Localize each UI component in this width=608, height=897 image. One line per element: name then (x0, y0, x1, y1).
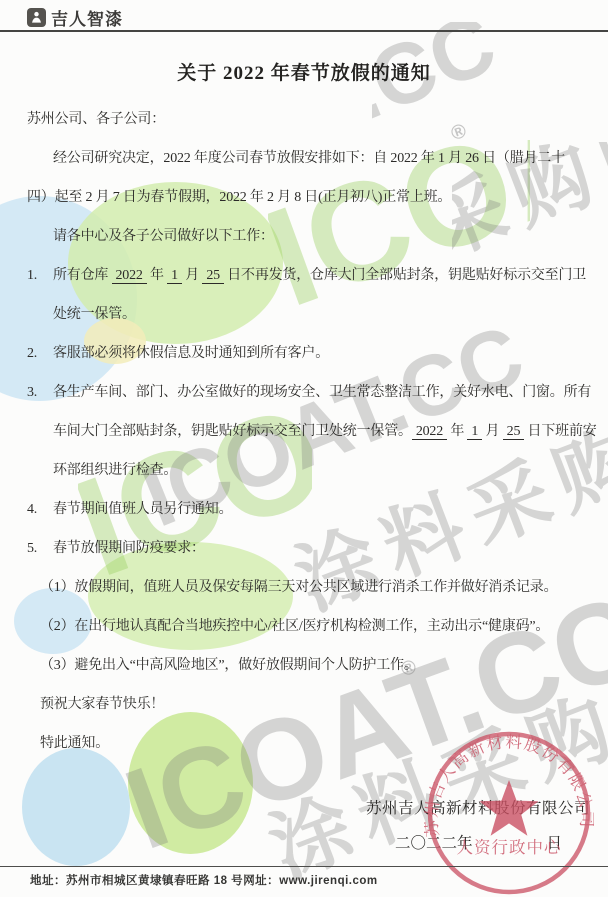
document-body: 苏州公司、各子公司：经公司研究决定，2022 年度公司春节放假安排如下：自 20… (27, 100, 588, 763)
doc-line: 处统一保管。 (27, 295, 588, 334)
watermark-circle-blue (22, 748, 130, 866)
logo-text: 吉人智漆 (51, 5, 123, 30)
doc-text-run: 车间大门全部贴封条，钥匙贴好标示交至门卫处统一保管。 (53, 424, 412, 439)
doc-text-run: 日下班前安 (524, 424, 596, 439)
seal-department: 人资行政中心 (457, 838, 562, 857)
brand-logo: 吉人智漆 (27, 5, 123, 30)
address-text: 苏州市相城区黄埭镇春旺路 18 号 (66, 875, 243, 887)
doc-line: 2.客服部必须将休假信息及时通知到所有客户。 (27, 334, 588, 373)
doc-line: 经公司研究决定，2022 年度公司春节放假安排如下：自 2022 年 1 月 2… (27, 139, 588, 178)
doc-text-run: 请各中心及各子公司做好以下工作： (53, 229, 274, 244)
doc-text-run: 客服部必须将休假信息及时通知到所有客户。 (53, 346, 329, 361)
doc-text-run: （3）避免出入“中高风险地区”，做好放假期间个人防护工作。 (40, 658, 418, 673)
doc-text-run: 苏州公司、各子公司： (27, 112, 165, 127)
website-text: www.jirenqi.com (279, 875, 377, 887)
doc-text-run: 年 (147, 268, 167, 283)
list-number: 5. (27, 529, 53, 568)
doc-line: （2）在出行地认真配合当地疾控中心/社区/医疗机构检测工作，主动出示“健康码”。 (27, 607, 588, 646)
doc-line: 1.所有仓库 2022 年 1 月 25 日不再发货，仓库大门全部贴封条，钥匙贴… (27, 256, 588, 295)
list-number: 3. (27, 373, 53, 412)
doc-line: 请各中心及各子公司做好以下工作： (27, 217, 588, 256)
doc-line: 车间大门全部贴封条，钥匙贴好标示交至门卫处统一保管。2022 年 1 月 25 … (27, 412, 588, 451)
doc-text-run: 春节期间值班人员另行通知。 (53, 502, 232, 517)
doc-text-run: 特此通知。 (40, 736, 109, 751)
doc-text-run: 月 (482, 424, 502, 439)
filled-blank-underline: 25 (503, 424, 525, 440)
doc-text-run: 处统一保管。 (53, 307, 136, 322)
doc-text-run: 预祝大家春节快乐！ (40, 697, 164, 712)
list-number: 1. (27, 256, 53, 295)
list-number: 2. (27, 334, 53, 373)
website-label: 网址： (243, 875, 279, 887)
doc-text-run: 月 (182, 268, 202, 283)
company-seal: 苏州吉人高新材料股份有限公司 人资行政中心 (424, 728, 594, 897)
address-label: 地址： (30, 875, 66, 887)
doc-line: （1）放假期间，值班人员及保安每隔三天对公共区域进行消杀工作并做好消杀记录。 (27, 568, 588, 607)
doc-line: 4.春节期间值班人员另行通知。 (27, 490, 588, 529)
doc-text-run: 年 (447, 424, 467, 439)
filled-blank-underline: 2022 (412, 424, 447, 440)
doc-line: 3.各生产车间、部门、办公室做好的现场安全、卫生常态整洁工作，关好水电、门窗。所… (27, 373, 588, 412)
list-number: 4. (27, 490, 53, 529)
scanned-notice-page: ICOAT.CC ICOAT.CC ICOAT.CC 涂料采购网 ICOAT.C… (0, 0, 608, 897)
logo-person-icon (27, 8, 46, 27)
doc-text-run: 日不再发货，仓库大门全部贴封条，钥匙贴好标示交至门卫 (224, 268, 586, 283)
letterhead-header: 吉人智漆 (0, 0, 608, 32)
doc-text-run: 四）起至 2 月 7 日为春节假期，2022 年 2 月 8 日(正月初八)正常… (27, 190, 451, 205)
doc-text-run: 各生产车间、部门、办公室做好的现场安全、卫生常态整洁工作，关好水电、门窗。所有 (53, 385, 591, 400)
doc-text-run: （2）在出行地认真配合当地疾控中心/社区/医疗机构检测工作，主动出示“健康码”。 (40, 619, 549, 634)
footer: 地址：苏州市相城区黄埭镇春旺路 18 号网址：www.jirenqi.com (30, 872, 378, 888)
doc-line: 预祝大家春节快乐！ (27, 685, 588, 724)
filled-blank-underline: 25 (202, 268, 224, 284)
footer-rule (0, 866, 608, 867)
doc-text-run: 经公司研究决定，2022 年度公司春节放假安排如下：自 2022 年 1 月 2… (53, 151, 565, 166)
doc-text-run: 环部组织进行检查。 (53, 463, 177, 478)
doc-line: 环部组织进行检查。 (27, 451, 588, 490)
filled-blank-underline: 1 (467, 424, 482, 440)
doc-line: 四）起至 2 月 7 日为春节假期，2022 年 2 月 8 日(正月初八)正常… (27, 178, 588, 217)
filled-blank-underline: 1 (167, 268, 182, 284)
document-title: 关于 2022 年春节放假的通知 (0, 58, 608, 85)
doc-line: 苏州公司、各子公司： (27, 100, 588, 139)
doc-text-run: 所有仓库 (53, 268, 112, 283)
doc-text-run: （1）放假期间，值班人员及保安每隔三天对公共区域进行消杀工作并做好消杀记录。 (40, 580, 557, 595)
doc-line: （3）避免出入“中高风险地区”，做好放假期间个人防护工作。 (27, 646, 588, 685)
doc-text-run: 春节放假期间防疫要求： (53, 541, 205, 556)
filled-blank-underline: 2022 (112, 268, 147, 284)
seal-star-icon (479, 780, 538, 836)
doc-line: 5.春节放假期间防疫要求： (27, 529, 588, 568)
